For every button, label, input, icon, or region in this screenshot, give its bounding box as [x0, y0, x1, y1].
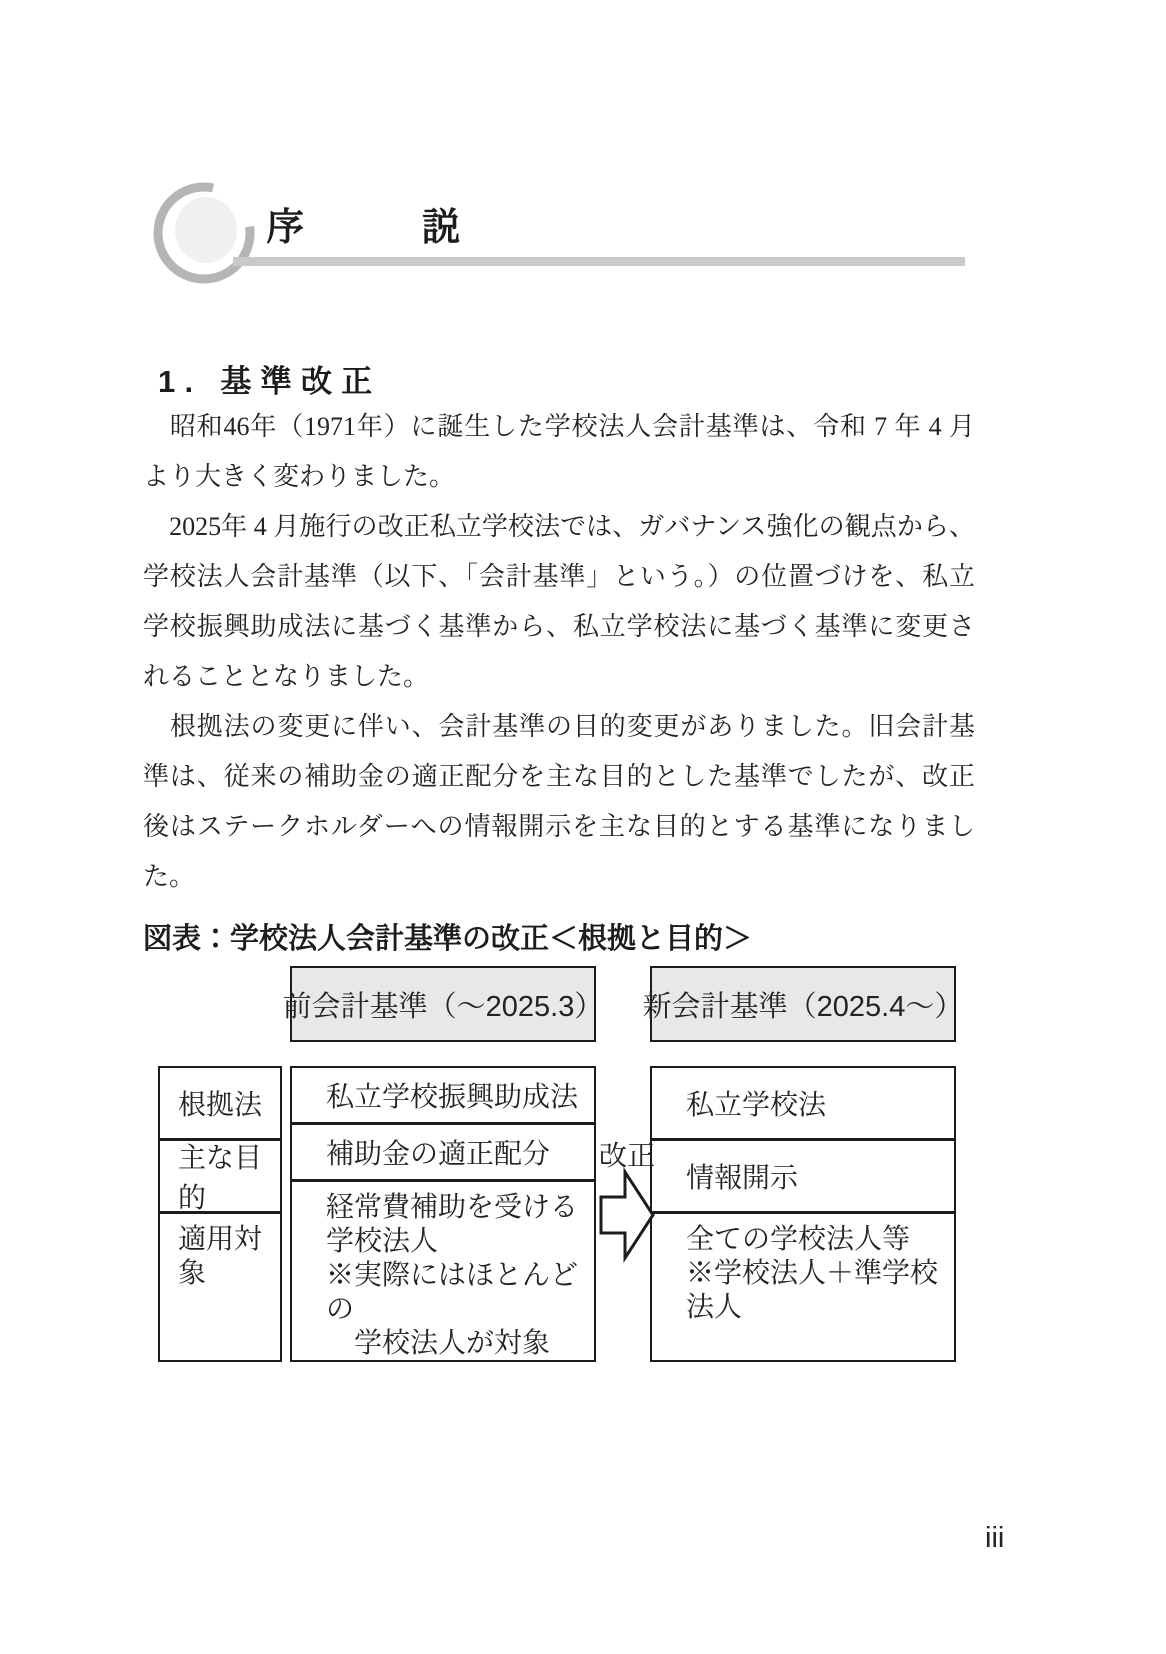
figure-caption: 図表：学校法人会計基準の改正＜根拠と目的＞	[143, 916, 752, 957]
cell-value: 私立学校法	[686, 1083, 826, 1123]
body-line: 2025年 4 月施行の改正私立学校法では、ガバナンス強化の観点から、	[143, 502, 975, 552]
chapter-header-rule	[233, 257, 965, 266]
old-standard-cell: 補助金の適正配分	[292, 1125, 594, 1182]
document-page: { "page": { "chapter_title": "序 説", "pag…	[0, 0, 1166, 1654]
old-standard-cell: 経常費補助を受ける 学校法人 ※実際にはほとんどの 学校法人が対象	[292, 1182, 594, 1360]
new-standard-cell: 全ての学校法人等 ※学校法人＋準学校法人	[652, 1214, 954, 1360]
row-label-column: 根拠法 主な目的 適用対象	[158, 1066, 282, 1362]
new-standard-header-box: 新会計基準（2025.4～）	[650, 966, 956, 1042]
body-line: 根拠法の変更に伴い、会計基準の目的変更がありました。旧会計基	[143, 702, 975, 752]
page-number: iii	[985, 1522, 1004, 1555]
body-text: 昭和46年（1971年）に誕生した学校法人会計基準は、令和 7 年 4 月 より…	[143, 402, 975, 902]
new-standard-column: 私立学校法 情報開示 全ての学校法人等 ※学校法人＋準学校法人	[650, 1066, 956, 1362]
old-standard-header-label: 前会計基準（～2025.3）	[283, 984, 604, 1025]
section-heading: 1. 基準改正	[158, 356, 382, 401]
row-label: 適用対象	[178, 1222, 280, 1290]
cell-value: 私立学校振興助成法	[326, 1075, 578, 1115]
chapter-circle-icon	[148, 170, 260, 292]
cell-value: 全ての学校法人等 ※学校法人＋準学校法人	[686, 1222, 954, 1324]
new-standard-cell: 私立学校法	[652, 1068, 954, 1141]
row-label: 根拠法	[178, 1083, 262, 1123]
chapter-title: 序 説	[266, 196, 461, 251]
revision-arrow-icon	[597, 1166, 657, 1264]
body-line: 準は、従来の補助金の適正配分を主な目的とした基準でしたが、改正	[143, 752, 975, 802]
new-standard-cell: 情報開示	[652, 1141, 954, 1214]
old-standard-column: 私立学校振興助成法 補助金の適正配分 経常費補助を受ける 学校法人 ※実際にはほ…	[290, 1066, 596, 1362]
row-label-cell: 主な目的	[160, 1141, 280, 1214]
cell-value: 情報開示	[686, 1156, 798, 1196]
body-line: 後はステークホルダーへの情報開示を主な目的とする基準になりまし	[143, 802, 975, 852]
row-label: 主な目的	[178, 1136, 280, 1216]
body-line: れることとなりました。	[143, 652, 975, 702]
row-label-cell: 適用対象	[160, 1214, 280, 1360]
new-standard-header-label: 新会計基準（2025.4～）	[643, 984, 964, 1025]
cell-value: 経常費補助を受ける 学校法人 ※実際にはほとんどの 学校法人が対象	[326, 1190, 594, 1360]
row-label-cell: 根拠法	[160, 1068, 280, 1141]
body-line: 学校法人会計基準（以下、「会計基準」という。）の位置づけを、私立	[143, 552, 975, 602]
cell-value: 補助金の適正配分	[326, 1132, 550, 1172]
old-standard-header-box: 前会計基準（～2025.3）	[290, 966, 596, 1042]
body-line: より大きく変わりました。	[143, 452, 975, 502]
body-line: た。	[143, 852, 975, 902]
body-line: 昭和46年（1971年）に誕生した学校法人会計基準は、令和 7 年 4 月	[143, 402, 975, 452]
old-standard-cell: 私立学校振興助成法	[292, 1068, 594, 1125]
body-line: 学校振興助成法に基づく基準から、私立学校法に基づく基準に変更さ	[143, 602, 975, 652]
